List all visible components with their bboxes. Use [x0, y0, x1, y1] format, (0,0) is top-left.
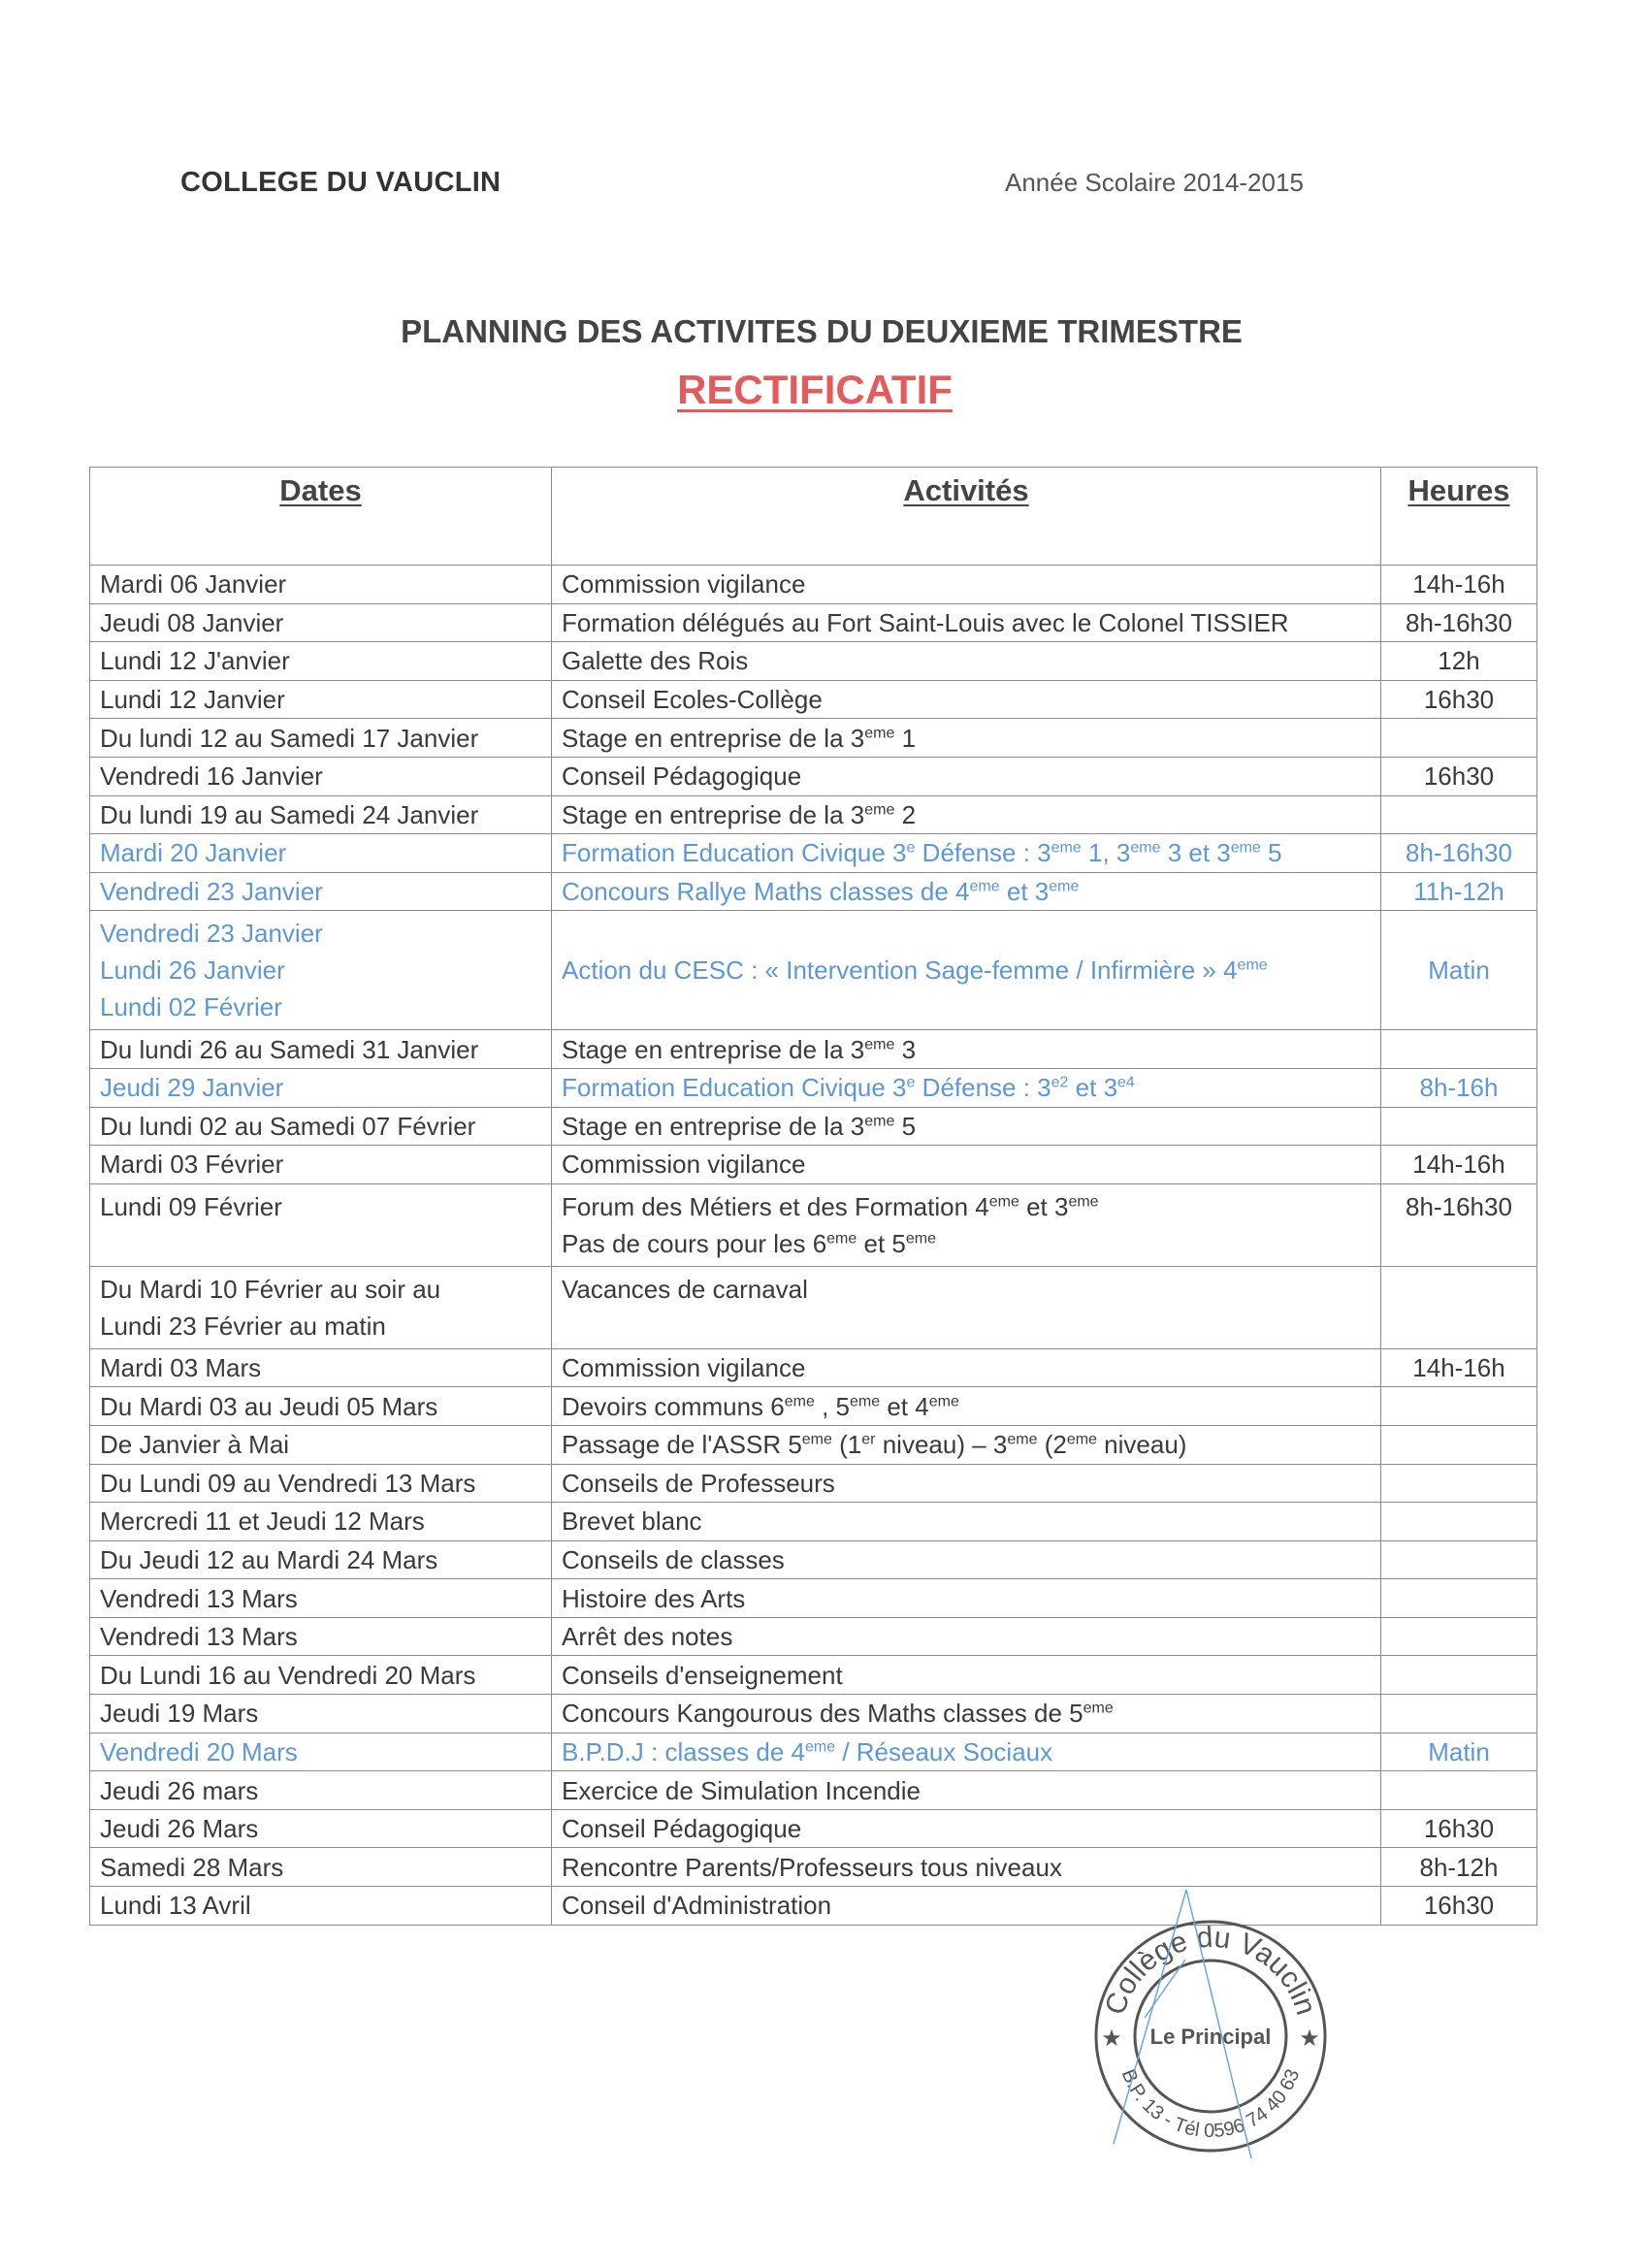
hours-cell	[1381, 1464, 1537, 1503]
hours-cell	[1381, 1387, 1537, 1426]
stamp-center-text: Le Principal	[1150, 2025, 1272, 2049]
table-row: Jeudi 19 MarsConcours Kangourous des Mat…	[90, 1695, 1537, 1733]
star-icon: ★	[1299, 2025, 1320, 2052]
hours-cell: 8h-16h30	[1381, 603, 1537, 642]
activity-cell: Stage en entreprise de la 3eme 5	[552, 1107, 1381, 1146]
activity-cell: Commission vigilance	[552, 566, 1381, 604]
stamp-top-text: Collège du Vauclin	[1099, 1922, 1322, 2019]
date-cell: Jeudi 19 Mars	[90, 1695, 552, 1733]
table-row: Lundi 12 J'anvierGalette des Rois12h	[90, 642, 1537, 681]
date-cell: Du Jeudi 12 au Mardi 24 Mars	[90, 1540, 552, 1579]
table-row: Mercredi 11 et Jeudi 12 MarsBrevet blanc	[90, 1503, 1537, 1541]
table-row: Du Mardi 10 Février au soir auLundi 23 F…	[90, 1266, 1537, 1348]
table-row: Du lundi 19 au Samedi 24 JanvierStage en…	[90, 795, 1537, 834]
table-row: Mardi 20 JanvierFormation Education Civi…	[90, 834, 1537, 873]
table-row: Lundi 12 JanvierConseil Ecoles-Collège16…	[90, 680, 1537, 719]
hours-cell: 8h-16h30	[1381, 834, 1537, 873]
hours-cell	[1381, 1656, 1537, 1695]
date-cell: Du Mardi 10 Février au soir auLundi 23 F…	[90, 1266, 552, 1348]
hours-cell	[1381, 1617, 1537, 1656]
star-icon: ★	[1101, 2025, 1122, 2052]
date-cell: Jeudi 08 Janvier	[90, 603, 552, 642]
table-row: Du lundi 02 au Samedi 07 FévrierStage en…	[90, 1107, 1537, 1146]
school-year: Année Scolaire 2014-2015	[1005, 168, 1304, 198]
table-row: Jeudi 26 marsExercice de Simulation Ince…	[90, 1771, 1537, 1810]
column-header-hours: Heures	[1381, 468, 1537, 566]
date-cell: Vendredi 20 Mars	[90, 1733, 552, 1771]
table-row: Mardi 03 FévrierCommission vigilance14h-…	[90, 1146, 1537, 1184]
activity-cell: Concours Rallye Maths classes de 4eme et…	[552, 872, 1381, 911]
activity-cell: Formation délégués au Fort Saint-Louis a…	[552, 603, 1381, 642]
hours-cell	[1381, 1771, 1537, 1810]
hours-cell: 16h30	[1381, 680, 1537, 719]
date-cell: Mardi 03 Février	[90, 1146, 552, 1184]
date-cell: Jeudi 26 mars	[90, 1771, 552, 1810]
table-row: Du Jeudi 12 au Mardi 24 MarsConseils de …	[90, 1540, 1537, 1579]
table-row: Du Mardi 03 au Jeudi 05 MarsDevoirs comm…	[90, 1387, 1537, 1426]
hours-cell: 16h30	[1381, 1809, 1537, 1848]
date-cell: Mardi 20 Janvier	[90, 834, 552, 873]
date-cell: Jeudi 26 Mars	[90, 1809, 552, 1848]
hours-cell: 8h-12h	[1381, 1848, 1537, 1887]
activity-cell: Vacances de carnaval	[552, 1266, 1381, 1348]
column-header-activities: Activités	[552, 468, 1381, 566]
table-row: Vendredi 13 MarsArrêt des notes	[90, 1617, 1537, 1656]
hours-cell	[1381, 1425, 1537, 1464]
activity-cell: Conseil Ecoles-Collège	[552, 680, 1381, 719]
date-cell: Du lundi 02 au Samedi 07 Février	[90, 1107, 552, 1146]
hours-cell	[1381, 1579, 1537, 1618]
activity-cell: Action du CESC : « Intervention Sage-fem…	[552, 911, 1381, 1030]
hours-cell: 16h30	[1381, 757, 1537, 795]
school-name: COLLEGE DU VAUCLIN	[180, 167, 501, 199]
hours-cell: 11h-12h	[1381, 872, 1537, 911]
hours-cell	[1381, 1030, 1537, 1069]
date-cell: Mercredi 11 et Jeudi 12 Mars	[90, 1503, 552, 1541]
date-cell: Lundi 13 Avril	[90, 1887, 552, 1926]
activity-cell: Conseils de classes	[552, 1540, 1381, 1579]
activity-cell: Histoire des Arts	[552, 1579, 1381, 1618]
activity-cell: Arrêt des notes	[552, 1617, 1381, 1656]
date-cell: Lundi 12 Janvier	[90, 680, 552, 719]
table-header-row: Dates Activités Heures	[90, 468, 1537, 566]
hours-cell: 8h-16h	[1381, 1068, 1537, 1107]
activities-table: Dates Activités Heures Mardi 06 JanvierC…	[89, 467, 1537, 1926]
activity-cell: Passage de l'ASSR 5eme (1er niveau) – 3e…	[552, 1425, 1381, 1464]
date-cell: Du Lundi 16 au Vendredi 20 Mars	[90, 1656, 552, 1695]
activity-cell: Devoirs communs 6eme , 5eme et 4eme	[552, 1387, 1381, 1426]
hours-cell	[1381, 1695, 1537, 1733]
activity-cell: B.P.D.J : classes de 4eme / Réseaux Soci…	[552, 1733, 1381, 1771]
table-row: Du lundi 12 au Samedi 17 JanvierStage en…	[90, 719, 1537, 758]
activity-cell: Stage en entreprise de la 3eme 3	[552, 1030, 1381, 1069]
table-row: Du lundi 26 au Samedi 31 JanvierStage en…	[90, 1030, 1537, 1069]
official-stamp: Collège du Vauclin B.P. 13 - Tél 0596 74…	[1092, 1918, 1329, 2155]
table-row: Mardi 03 MarsCommission vigilance14h-16h	[90, 1348, 1537, 1387]
table-row: De Janvier à MaiPassage de l'ASSR 5eme (…	[90, 1425, 1537, 1464]
table-row: Vendredi 16 JanvierConseil Pédagogique16…	[90, 757, 1537, 795]
date-cell: Lundi 09 Février	[90, 1183, 552, 1266]
page-subtitle: RECTIFICATIF	[0, 367, 1630, 413]
table-row: Du Lundi 16 au Vendredi 20 MarsConseils …	[90, 1656, 1537, 1695]
hours-cell: 14h-16h	[1381, 566, 1537, 604]
date-cell: Du lundi 12 au Samedi 17 Janvier	[90, 719, 552, 758]
column-header-dates: Dates	[90, 468, 552, 566]
activity-cell: Conseil Pédagogique	[552, 757, 1381, 795]
hours-cell: 14h-16h	[1381, 1146, 1537, 1184]
date-cell: Mardi 06 Janvier	[90, 566, 552, 604]
activity-cell: Exercice de Simulation Incendie	[552, 1771, 1381, 1810]
date-cell: Du lundi 26 au Samedi 31 Janvier	[90, 1030, 552, 1069]
date-cell: Vendredi 23 Janvier	[90, 872, 552, 911]
date-cell: Lundi 12 J'anvier	[90, 642, 552, 681]
table-row: Samedi 28 MarsRencontre Parents/Professe…	[90, 1848, 1537, 1887]
date-cell: Vendredi 23 JanvierLundi 26 JanvierLundi…	[90, 911, 552, 1030]
hours-cell	[1381, 1266, 1537, 1348]
date-cell: Du Mardi 03 au Jeudi 05 Mars	[90, 1387, 552, 1426]
activity-cell: Stage en entreprise de la 3eme 1	[552, 719, 1381, 758]
table-row: Vendredi 23 JanvierConcours Rallye Maths…	[90, 872, 1537, 911]
activity-cell: Conseils d'enseignement	[552, 1656, 1381, 1695]
date-cell: Jeudi 29 Janvier	[90, 1068, 552, 1107]
hours-cell	[1381, 795, 1537, 834]
table-row: Lundi 09 FévrierForum des Métiers et des…	[90, 1183, 1537, 1266]
hours-cell: Matin	[1381, 1733, 1537, 1771]
table-row: Jeudi 29 JanvierFormation Education Civi…	[90, 1068, 1537, 1107]
activity-cell: Brevet blanc	[552, 1503, 1381, 1541]
hours-cell	[1381, 1540, 1537, 1579]
table-row: Vendredi 13 MarsHistoire des Arts	[90, 1579, 1537, 1618]
date-cell: Vendredi 16 Janvier	[90, 757, 552, 795]
table-row: Mardi 06 JanvierCommission vigilance14h-…	[90, 566, 1537, 604]
table-row: Jeudi 26 MarsConseil Pédagogique16h30	[90, 1809, 1537, 1848]
date-cell: Vendredi 13 Mars	[90, 1617, 552, 1656]
hours-cell: 16h30	[1381, 1887, 1537, 1926]
date-cell: Vendredi 13 Mars	[90, 1579, 552, 1618]
activity-cell: Commission vigilance	[552, 1348, 1381, 1387]
activity-cell: Stage en entreprise de la 3eme 2	[552, 795, 1381, 834]
activity-cell: Forum des Métiers et des Formation 4eme …	[552, 1183, 1381, 1266]
hours-cell: 8h-16h30	[1381, 1183, 1537, 1266]
hours-cell: 12h	[1381, 642, 1537, 681]
activity-cell: Formation Education Civique 3e Défense :…	[552, 834, 1381, 873]
activity-cell: Rencontre Parents/Professeurs tous nivea…	[552, 1848, 1381, 1887]
hours-cell	[1381, 1107, 1537, 1146]
activity-cell: Galette des Rois	[552, 642, 1381, 681]
hours-cell	[1381, 719, 1537, 758]
hours-cell: 14h-16h	[1381, 1348, 1537, 1387]
date-cell: De Janvier à Mai	[90, 1425, 552, 1464]
date-cell: Samedi 28 Mars	[90, 1848, 552, 1887]
hours-cell	[1381, 1503, 1537, 1541]
table-row: Du Lundi 09 au Vendredi 13 MarsConseils …	[90, 1464, 1537, 1503]
table-row: Vendredi 23 JanvierLundi 26 JanvierLundi…	[90, 911, 1537, 1030]
table-body: Mardi 06 JanvierCommission vigilance14h-…	[90, 566, 1537, 1926]
table-row: Jeudi 08 JanvierFormation délégués au Fo…	[90, 603, 1537, 642]
date-cell: Du lundi 19 au Samedi 24 Janvier	[90, 795, 552, 834]
date-cell: Du Lundi 09 au Vendredi 13 Mars	[90, 1464, 552, 1503]
page-title: PLANNING DES ACTIVITES DU DEUXIEME TRIME…	[0, 313, 1649, 350]
activity-cell: Concours Kangourous des Maths classes de…	[552, 1695, 1381, 1733]
table-row: Vendredi 20 MarsB.P.D.J : classes de 4em…	[90, 1733, 1537, 1771]
hours-cell: Matin	[1381, 911, 1537, 1030]
activity-cell: Commission vigilance	[552, 1146, 1381, 1184]
activity-cell: Conseils de Professeurs	[552, 1464, 1381, 1503]
date-cell: Mardi 03 Mars	[90, 1348, 552, 1387]
activity-cell: Conseil Pédagogique	[552, 1809, 1381, 1848]
activity-cell: Formation Education Civique 3e Défense :…	[552, 1068, 1381, 1107]
